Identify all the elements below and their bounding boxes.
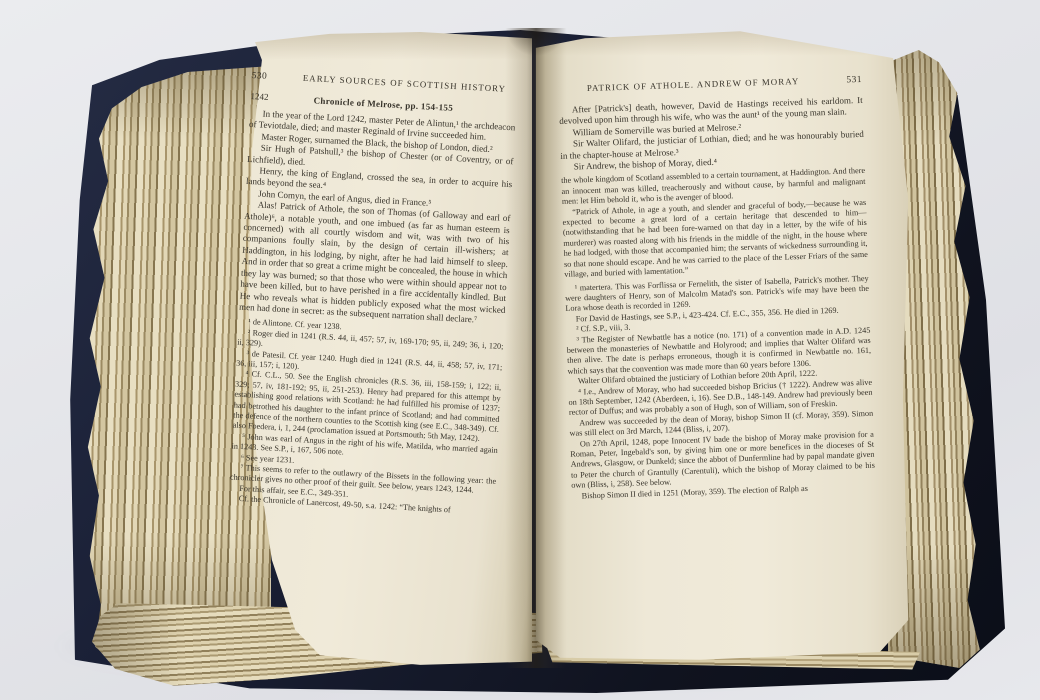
paragraph: Alas! Patrick of Athole, the son of Thom… bbox=[239, 199, 511, 327]
left-page-text-block: 530 EARLY SOURCES OF SCOTTISH HISTORY 12… bbox=[228, 70, 517, 518]
left-page-number: 530 bbox=[251, 71, 291, 83]
right-page-text-block: PATRICK OF ATHOLE. ANDREW OF MORAY 531 A… bbox=[558, 74, 876, 502]
quote-paragraph: “Patrick of Athole, in age a youth, and … bbox=[562, 198, 868, 281]
right-page-number: 531 bbox=[828, 75, 862, 86]
photo-background: 530 EARLY SOURCES OF SCOTTISH HISTORY 12… bbox=[0, 0, 1040, 700]
